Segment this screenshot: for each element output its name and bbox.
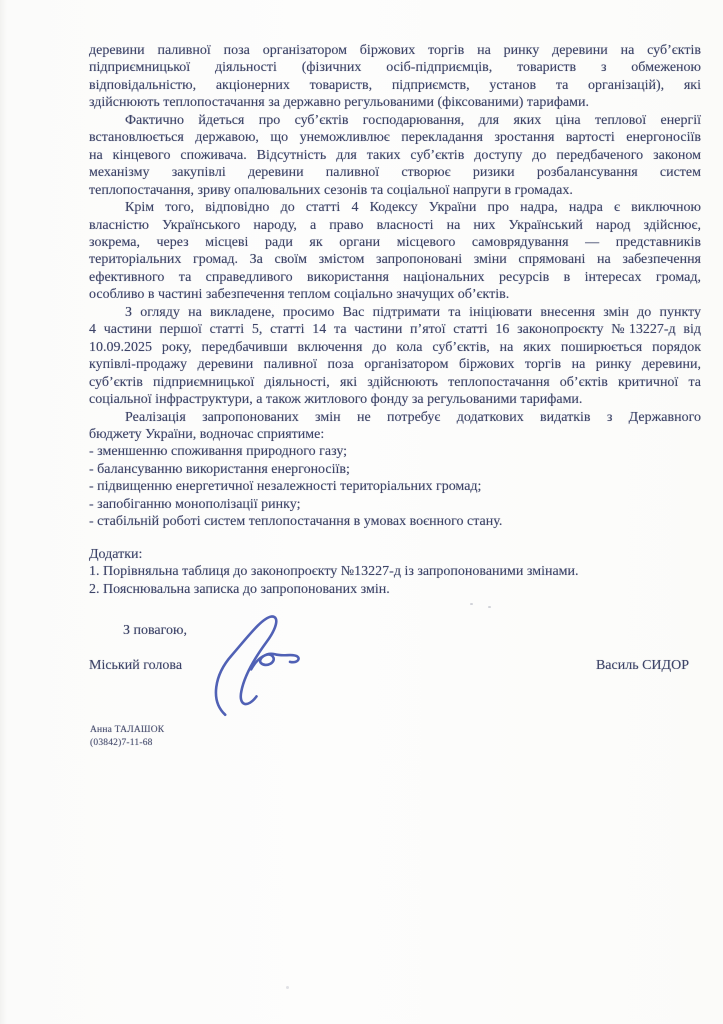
letter-line: бюджету України, водночас сприятиме: xyxy=(89,426,701,443)
attachments-list: 1. Порівняльна таблиця до законопроєкту … xyxy=(89,563,701,598)
letter-line: встановлюється державою, що унеможливлює… xyxy=(89,129,701,146)
letter-line: - запобіганню монополізації ринку; xyxy=(89,496,701,513)
letter-line: територіальних громад. За своїм змістом … xyxy=(89,251,701,268)
letter-line: З огляду на викладене, просимо Вас підтр… xyxy=(89,304,701,321)
letter-line: на кінцевого споживача. Відсутність для … xyxy=(89,147,701,164)
signer-position: Міський голова xyxy=(89,657,182,674)
attachments-title: Додатки: xyxy=(89,546,701,563)
letter-body: деревини паливної поза організатором бір… xyxy=(89,42,701,531)
attachment-item: 1. Порівняльна таблиця до законопроєкту … xyxy=(89,563,701,580)
closing-row: Міський голова Василь СИДОР xyxy=(89,657,689,674)
letter-line: - зменшенню споживання природного газу; xyxy=(89,443,701,460)
scan-speckle xyxy=(470,603,473,605)
letter-line: відповідальністю, акціонерних товариств,… xyxy=(89,77,701,94)
scanned-letter-page: деревини паливної поза організатором бір… xyxy=(0,0,723,1024)
letter-line: деревини паливної поза організатором бір… xyxy=(89,42,701,59)
contact-name: Анна ТАЛАШОК xyxy=(90,724,164,737)
letter-line: здійснюють теплопостачання за державно р… xyxy=(89,94,701,111)
closing-block: З повагою, Міський голова Василь СИДОР xyxy=(89,622,689,674)
attachment-item: 2. Пояснювальна записка до запропоновани… xyxy=(89,581,701,598)
letter-line: Крім того, відповідно до статті 4 Кодекс… xyxy=(89,199,701,216)
letter-line: Фактично йдеться про суб’єктів господарю… xyxy=(89,112,701,129)
letter-line: - підвищенню енергетичної незалежності т… xyxy=(89,478,701,495)
signer-name: Василь СИДОР xyxy=(596,657,689,674)
contact-block: Анна ТАЛАШОК (03842)7-11-68 xyxy=(90,724,164,749)
attachments-block: Додатки: 1. Порівняльна таблиця до закон… xyxy=(89,546,701,598)
letter-line: 10.09.2025 року, передбачивши включення … xyxy=(89,339,701,356)
letter-line: підприємницької діяльності (фізичних осі… xyxy=(89,59,701,76)
scan-speckle xyxy=(286,986,289,989)
letter-line: Реалізація запропонованих змін не потреб… xyxy=(89,409,701,426)
contact-phone: (03842)7-11-68 xyxy=(90,737,164,750)
letter-line: ефективного та справедливого використанн… xyxy=(89,269,701,286)
letter-line: теплопостачання, зриву опалювальних сезо… xyxy=(89,182,701,199)
letter-line: 4 частини першої статті 5, статті 14 та … xyxy=(89,321,701,338)
letter-line: - балансуванню використання енергоносіїв… xyxy=(89,461,701,478)
letter-line: особливо в частині забезпечення теплом с… xyxy=(89,286,701,303)
letter-line: соціальної інфраструктури, а також житло… xyxy=(89,391,701,408)
scan-speckle xyxy=(488,606,491,608)
letter-line: купівлі-продажу деревини паливної поза о… xyxy=(89,356,701,373)
letter-line: - стабільній роботі систем теплопостачан… xyxy=(89,513,701,530)
closing-salutation: З повагою, xyxy=(123,622,689,639)
letter-line: механізму закупівлі деревини паливної ст… xyxy=(89,164,701,181)
letter-line: зокрема, через місцеві ради як органи мі… xyxy=(89,234,701,251)
letter-line: власністю Українського народу, а право в… xyxy=(89,217,701,234)
letter-line: суб’єктів підприємницької діяльності, як… xyxy=(89,374,701,391)
